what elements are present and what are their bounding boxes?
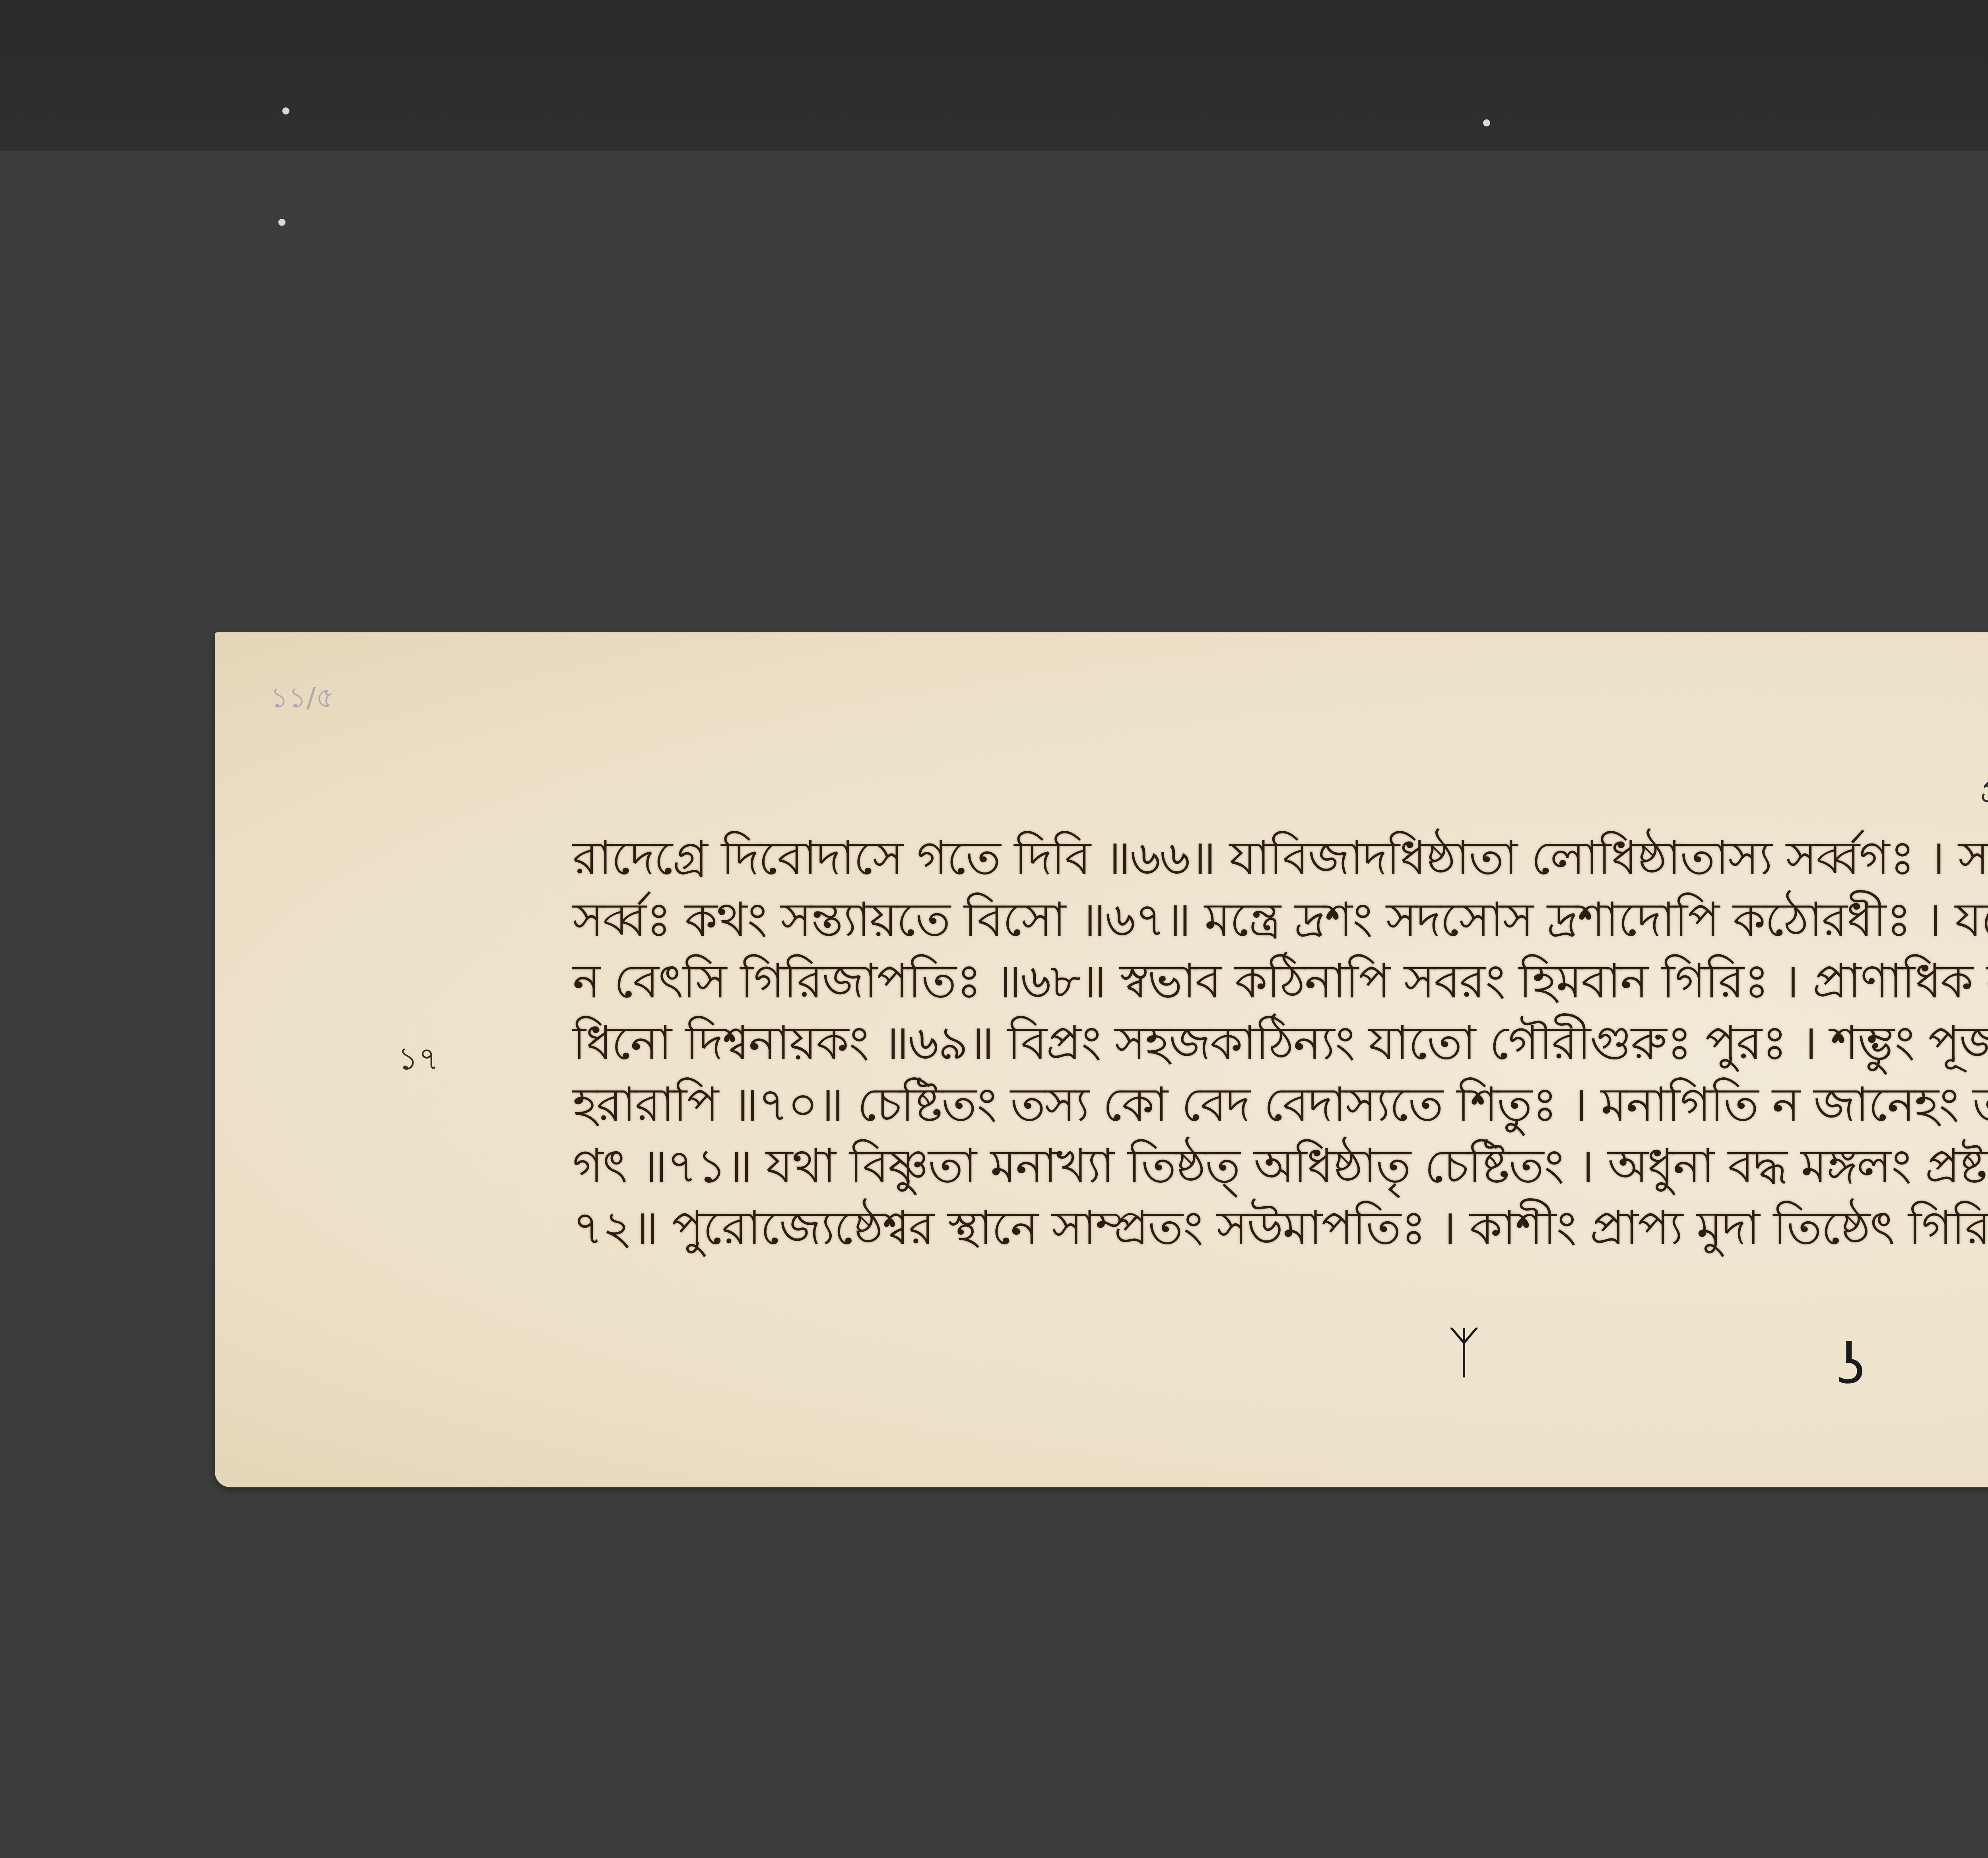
manuscript-folio: ১১/৫ শৈলেশ্বর প্রা ৪ ১৭ রাদেগ্রে দিবোদাস… xyxy=(215,632,1988,1487)
text-line: ৭২॥ পুরোজ্যেষ্ঠেশ্বর স্থানে সাম্প্রতং সউ… xyxy=(573,1197,1988,1259)
text-line: গৎ ॥৭১॥ যথা বিষ্ণুতা মনাখ্যা তিষ্ঠত্ অধি… xyxy=(573,1135,1988,1197)
text-line: ন বেৎসি গিরিজাপতিঃ ॥৬৮॥ স্বভাব কঠিনাপি স… xyxy=(573,950,1988,1012)
pin xyxy=(1483,119,1490,126)
folio-number: প্রা ৪ xyxy=(1980,764,1988,823)
pencil-note-left: ১১/৫ xyxy=(270,676,334,723)
ink-mark: ᛉ xyxy=(1447,1320,1481,1385)
text-line: রাদেগ্রে দিবোদাসে গতে দিবি ॥৬৬॥ যাবিজাদধ… xyxy=(573,827,1988,889)
text-line: হরারাপি ॥৭০॥ চেষ্টিতং তস্য কো বেদ বেদাস্… xyxy=(573,1074,1988,1135)
margin-number: ১৭ xyxy=(398,1034,439,1087)
pin xyxy=(278,219,285,226)
top-board-band xyxy=(0,0,1988,167)
text-line: সর্ব্বঃ কথং সন্ত্যায়তে বিসো ॥৬৭॥ মন্ত্র… xyxy=(573,889,1988,950)
pin xyxy=(282,107,289,115)
text-line: ধিনো দিশ্বনায়কং ॥৬৯॥ বিপ্রং সহজকাঠিন্যং… xyxy=(573,1012,1988,1074)
ink-mark: ʖ xyxy=(1837,1332,1865,1397)
manuscript-text: রাদেগ্রে দিবোদাসে গতে দিবি ॥৬৬॥ যাবিজাদধ… xyxy=(573,827,1988,1259)
